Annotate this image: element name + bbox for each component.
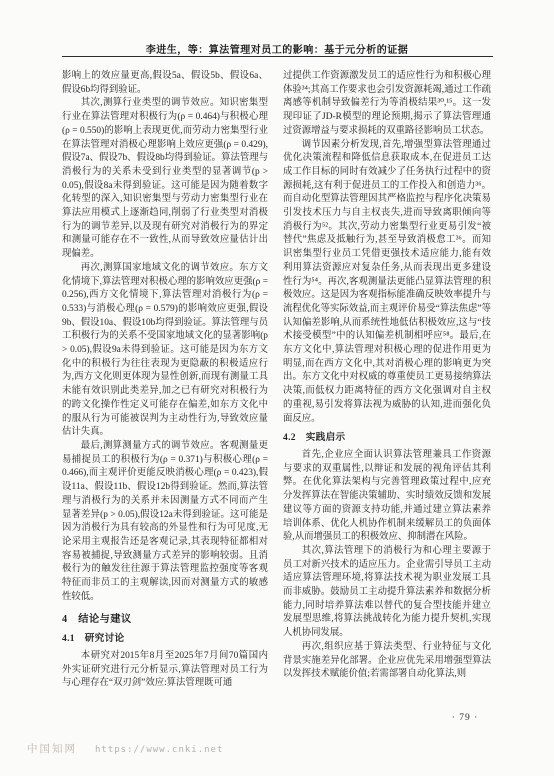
right-column: 过提供工作资源激发员工的适应性行为和积极心理体验³⁴;其高工作要求也会引发资源耗… [283,70,491,718]
running-title: 李进生，等：算法管理对员工的影响：基于元分析的证据 [0,41,554,56]
header-rule [62,56,493,57]
paragraph-continuation: 过提供工作资源激发员工的适应性行为和积极心理体验³⁴;其高工作要求也会引发资源耗… [283,70,491,139]
subsection-heading: 4.2 实践启示 [283,431,491,445]
paragraph: 调节因素分析发现,首先,增强型算法管理通过优化决策流程和降低信息获取成本,在促进… [283,139,491,427]
cnki-url-text: https://www.cnki.net [95,745,223,755]
watermark: 中国知网 https://www.cnki.net [27,739,223,757]
paragraph: 再次,测算国家地域文化的调节效应。东方文化情境下,算法管理对积极心理的影响效应更… [62,262,268,440]
section-heading: 4 结论与建议 [62,613,268,627]
cnki-logo-text: 中国知网 [27,744,77,755]
paragraph: 其次,算法管理下的消极行为和心理主要源于员工对新兴技术的适应压力。企业需引导员工… [283,545,491,641]
paragraph: 其次,测算行业类型的调节效应。知识密集型行业在算法管理对积极行为(ρ = 0.4… [62,97,268,261]
paragraph: 再次,组织应基于算法类型、行业特征与文化背景实施差异化部署。企业应优先采用增强型… [283,641,491,682]
subsection-heading: 4.1 研究讨论 [62,632,268,646]
left-column: 影响上的效应量更高,假设5a、假设5b、假设6a、假设6b均得到验证。 其次,测… [62,70,268,718]
paper-page: 李进生，等：算法管理对员工的影响：基于元分析的证据 影响上的效应量更高,假设5a… [0,0,554,776]
paragraph-continuation: 影响上的效应量更高,假设5a、假设5b、假设6a、假设6b均得到验证。 [62,70,268,97]
paragraph: 最后,测算测量方式的调节效应。客观测量更易捕捉员工的积极行为(ρ = 0.371… [62,440,268,604]
paragraph: 首先,企业应全面认识算法管理兼具工作资源与要求的双重属性,以辩证和发展的视角评估… [283,449,491,545]
page-number: · 79 · [425,713,505,723]
paragraph: 本研究对2015年8月至2025年7月间70篇国内外实证研究进行元分析显示,算法… [62,650,268,691]
